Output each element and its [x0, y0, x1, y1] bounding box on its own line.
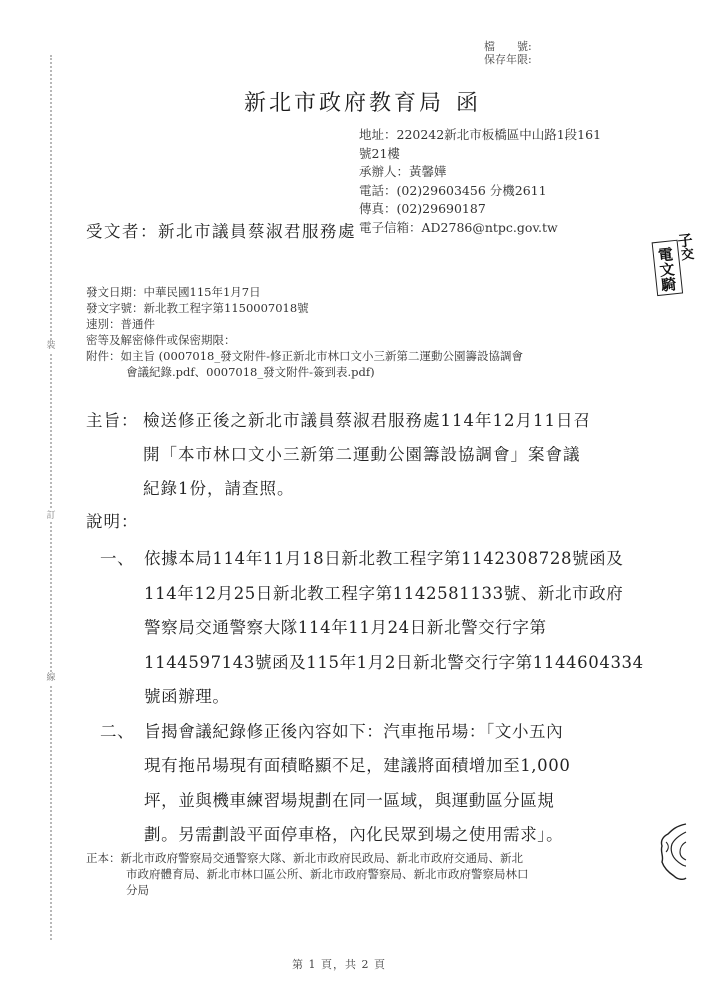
file-number-label: 檔 號: [484, 40, 532, 53]
explanation-item-2: 二、旨揭會議紀錄修正後內容如下：汽車拖吊場：「文小五內 現有拖吊場現有面積略顯不… [100, 715, 644, 853]
stamp-char: 騎 [660, 276, 677, 293]
copies-line-1: 正本：新北市政府警察局交通警察大隊、新北市政府民政局、新北市政府交通局、新北 [86, 850, 529, 866]
item-line: 旨揭會議紀錄修正後內容如下：汽車拖吊場：「文小五內 [144, 722, 563, 741]
delivery-speed: 速別：普通件 [86, 316, 523, 332]
document-title: 新北市政府教育局函 [244, 86, 481, 117]
email: 電子信箱：AD2786@ntpc.gov.tw [359, 219, 601, 238]
binding-mark-zhuang: 裝 [44, 340, 58, 352]
item-line: 現有拖吊場現有面積略顯不足，建議將面積增加至1,000 [100, 749, 644, 784]
document-number: 發文字號：新北教工程字第1150007018號 [86, 300, 523, 316]
handler: 承辦人：黃馨嬅 [359, 163, 601, 182]
item-number: 二、 [100, 715, 144, 750]
attachment-line-2: 會議紀錄.pdf、0007018_發文附件-簽到表.pdf) [86, 364, 523, 380]
copies-line-3: 分局 [86, 882, 529, 898]
copies-to: 正本：新北市政府警察局交通警察大隊、新北市政府民政局、新北市政府交通局、新北 市… [86, 850, 529, 898]
recipient-label: 受文者： [86, 222, 158, 241]
phone: 電話：(02)29603456 分機2611 [359, 182, 601, 201]
binding-dotted-line [50, 55, 52, 940]
subject-line-3: 紀錄1份，請查照。 [86, 472, 591, 506]
item-line: 號函辦理。 [100, 680, 644, 715]
item-number: 一、 [100, 542, 144, 577]
explanation-label: 說明： [86, 508, 139, 532]
address-line-1: 地址：220242新北市板橋區中山路1段161 [359, 126, 601, 145]
explanation-section: 一、依據本局114年11月18日新北教工程字第1142308728號函及 114… [100, 542, 644, 853]
binding-mark-ding: 訂 [44, 510, 58, 522]
binding-mark-xian: 線 [44, 672, 58, 684]
fax: 傳真：(02)29690187 [359, 200, 601, 219]
item-line: 坪，並與機車練習場規劃在同一區域，與運動區分區規 [100, 784, 644, 819]
retention-label: 保存年限: [484, 53, 532, 66]
item-line: 依據本局114年11月18日新北教工程字第1142308728號函及 [144, 549, 623, 568]
subject-label: 主旨： [86, 404, 143, 438]
document-type: 函 [456, 91, 481, 116]
recipient: 受文者：新北市議員蔡淑君服務處 [86, 218, 356, 242]
item-line: 警察局交通警察大隊114年11月24日新北警交行字第 [100, 611, 644, 646]
contact-block: 地址：220242新北市板橋區中山路1段161 號21樓 承辦人：黃馨嬅 電話：… [359, 126, 601, 237]
subject-line-2: 開「本市林口文小三新第二運動公園籌設協調會」案會議 [86, 438, 591, 472]
recipient-value: 新北市議員蔡淑君服務處 [158, 222, 356, 241]
explanation-item-1: 一、依據本局114年11月18日新北教工程字第1142308728號函及 114… [100, 542, 644, 715]
subject-section: 主旨：檢送修正後之新北市議員蔡淑君服務處114年12月11日召 開「本市林口文小… [86, 404, 591, 506]
item-line: 114年12月25日新北教工程字第1142581133號、新北市政府 [100, 577, 644, 612]
archive-info: 檔 號: 保存年限: [484, 40, 532, 66]
attachment-line-1: 附件：如主旨 (0007018_發文附件-修正新北市林口文小三新第二運動公園籌設… [86, 348, 523, 364]
item-line: 劃。另需劃設平面停車格，內化民眾到場之使用需求」。 [100, 818, 644, 853]
item-line: 1144597143號函及115年1月2日新北警交行字第1144604334 [100, 646, 644, 681]
seal-icon [658, 822, 688, 882]
file-number-row: 檔 號: [484, 40, 532, 53]
subject-line-1: 檢送修正後之新北市議員蔡淑君服務處114年12月11日召 [143, 411, 591, 430]
page-indicator: 第 1 頁，共 2 頁 [292, 956, 386, 972]
stamp-char: 交 [680, 247, 695, 264]
document-meta: 發文日期：中華民國115年1月7日 發文字號：新北教工程字第1150007018… [86, 284, 523, 380]
agency-name: 新北市政府教育局 [244, 91, 444, 116]
retention-row: 保存年限: [484, 53, 532, 66]
issue-date: 發文日期：中華民國115年1月7日 [86, 284, 523, 300]
official-seal-fragment [658, 822, 688, 882]
electronic-exchange-stamp: 電 文 騎 子 交 [649, 232, 703, 297]
copies-line-2: 市政府體育局、新北市林口區公所、新北市政府警察局、新北市政府警察局林口 [86, 866, 529, 882]
address-line-2: 號21樓 [359, 145, 601, 164]
secrecy-level: 密等及解密條件或保密期限： [86, 332, 523, 348]
